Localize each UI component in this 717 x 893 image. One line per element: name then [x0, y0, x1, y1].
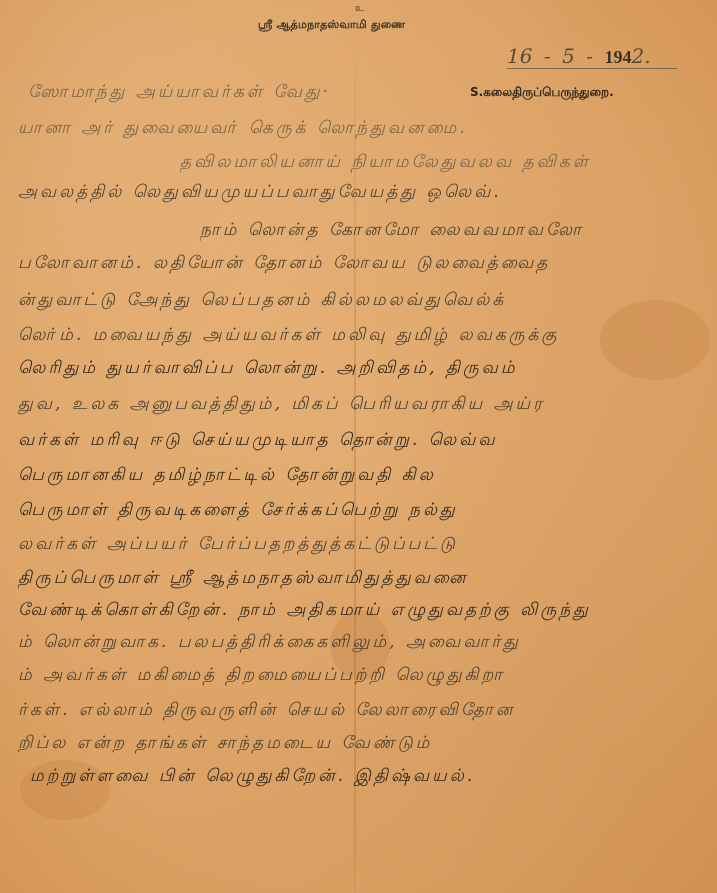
body-line: யானா அர் துவையைவா் கெருக் லொந்துவனமை.	[18, 118, 658, 140]
body-line: றிப்ல என்ற தாங்கள் சாந்தமடைய வேண்டும்	[18, 733, 678, 755]
letter-page: உ ஸ்ரீ ஆத்மநாதஸ்வாமி துணை 16 - 5 - 1942.…	[0, 0, 717, 893]
body-line: பெருமானகிய தமிழ்நாட்டில் தோன்றுவதி கில	[18, 465, 713, 487]
date-day: 16	[507, 44, 532, 68]
body-line: ம் அவர்கள் மகிமைத் திறமையைப்பற்றி லெழுது…	[18, 665, 698, 687]
body-line: ஸோமாந்து அய்யாவர்கள் வேது·	[28, 82, 458, 104]
body-line: லெரிதும் துயர்வாவிப்ப லொன்று. அறிவிதம், …	[18, 358, 708, 380]
body-line: ம் லொன்றுவாக. பலபத்திரிக்கைகளிலும், அவைவ…	[18, 632, 713, 654]
letter-date: 16 - 5 - 1942.	[507, 44, 677, 69]
date-year-printed: 194	[605, 47, 632, 67]
body-line: தவிலமாலியனாய் நியாமலேதுவலவ தவிகள்	[180, 152, 690, 174]
date-month: 5	[562, 44, 575, 68]
body-line: வேண்டிக்கொள்கிறேன். நாம் அதிகமாய் எழுதுவ…	[18, 600, 713, 622]
body-line: நாம் லொன்த கோனமோ லைவவமாவலோ	[200, 220, 710, 242]
body-line: பலோவானம். லதியோன் தோனம் லோவய டுலவைத்வைத	[18, 253, 713, 275]
body-line: லவர்கள் அப்பயர் பேர்ப்பதறத்துத்கட்டுப்பட…	[18, 534, 713, 556]
body-line: லொ்ம். மவையந்து அய்யவர்கள் மலிவு துமிழ் …	[18, 325, 713, 347]
body-line: திருப்பெருமாள் ஸ்ரீ ஆத்மநாதஸ்வாமிதுத்துவ…	[18, 568, 713, 590]
date-period: .	[644, 44, 650, 68]
body-line: மற்றுள்ளவை பின் லெழுதுகிறேன். இதிஷ்வயல்.	[30, 766, 670, 788]
body-line: அவலத்தில் லெதுவியமுயப்பவாதுவேயத்து ஒலெவ்…	[18, 182, 618, 204]
body-line: துவ, உலக அனுபவத்திதும், மிகப் பெரியவராகி…	[18, 394, 708, 416]
body-line: ர்கள். எல்லாம் திருவருளின் செயல் லேலாரைவ…	[18, 700, 708, 722]
body-line: வர்கள் மரிவு ஈடு செய்யமுடியாத தொன்று. லெ…	[18, 430, 713, 452]
letterhead-title: ஸ்ரீ ஆத்மநாதஸ்வாமி துணை	[258, 18, 405, 33]
body-line: ன்துவாட்டு அேந்து லெப்பதனம் கில்லமலவ்துவ…	[18, 290, 713, 312]
letterhead-symbol: உ	[355, 3, 364, 15]
date-separator: -	[538, 44, 557, 68]
date-separator: -	[580, 44, 599, 68]
address-stamp: S.கலைதிருப்பெருந்துறை.	[470, 85, 614, 101]
body-line: பெருமாள் திருவடிகளைத் சேர்க்கப்பெற்று நல…	[18, 500, 713, 522]
date-year-handwritten: 2	[632, 44, 645, 68]
